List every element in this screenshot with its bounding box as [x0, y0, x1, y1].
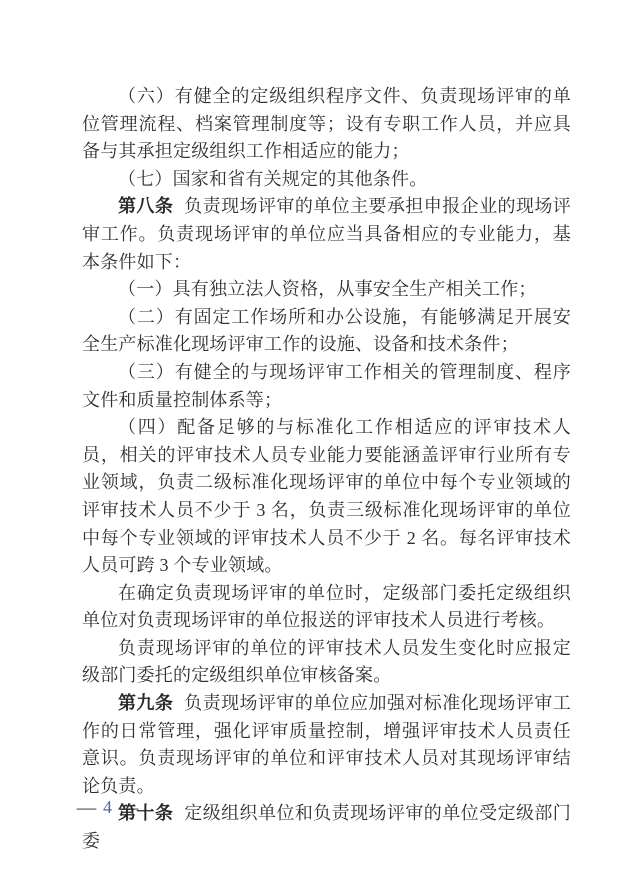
paragraph: 第八条负责现场评审的单位主要承担申报企业的现场评审工作。负责现场评审的单位应当具… — [82, 193, 571, 276]
page-number-right-dash: — — [119, 798, 139, 818]
article-number: 第九条 — [118, 693, 173, 713]
page-number-value: 4 — [102, 797, 113, 818]
paragraph: 第九条负责现场评审的单位应加强对标准化现场评审工作的日常管理，强化评审质量控制，… — [82, 690, 571, 800]
paragraph: （三）有健全的与现场评审工作相关的管理制度、程序文件和质量控制体系等； — [82, 359, 571, 414]
paragraph-text: （二）有固定工作场所和办公设施，有能够满足开展安全生产标准化现场评审工作的设施、… — [82, 307, 571, 355]
paragraph-text: 在确定负责现场评审的单位时，定级部门委托定级组织单位对负责现场评审的单位报送的评… — [82, 583, 571, 631]
document-body: （六）有健全的定级组织程序文件、负责现场评审的单位管理流程、档案管理制度等；设有… — [82, 83, 571, 856]
document-page: （六）有健全的定级组织程序文件、负责现场评审的单位管理流程、档案管理制度等；设有… — [0, 0, 638, 872]
paragraph: 在确定负责现场评审的单位时，定级部门委托定级组织单位对负责现场评审的单位报送的评… — [82, 580, 571, 635]
paragraph-text: （一）具有独立法人资格，从事安全生产相关工作； — [118, 279, 537, 299]
paragraph-text: （六）有健全的定级组织程序文件、负责现场评审的单位管理流程、档案管理制度等；设有… — [82, 86, 571, 161]
paragraph-text: （三）有健全的与现场评审工作相关的管理制度、程序文件和质量控制体系等； — [82, 362, 571, 410]
paragraph: 第十条定级组织单位和负责现场评审的单位受定级部门委 — [82, 800, 571, 855]
article-number: 第八条 — [118, 196, 173, 216]
paragraph-text: （七）国家和省有关规定的其他条件。 — [118, 169, 427, 189]
paragraph: （六）有健全的定级组织程序文件、负责现场评审的单位管理流程、档案管理制度等；设有… — [82, 83, 571, 166]
paragraph-text: （四）配备足够的与标准化工作相适应的评审技术人员，相关的评审技术人员专业能力要能… — [82, 417, 571, 575]
paragraph: （一）具有独立法人资格，从事安全生产相关工作； — [82, 276, 571, 304]
page-number-left-dash: — — [77, 798, 97, 818]
paragraph: （二）有固定工作场所和办公设施，有能够满足开展安全生产标准化现场评审工作的设施、… — [82, 304, 571, 359]
paragraph: 负责现场评审的单位的评审技术人员发生变化时应报定级部门委托的定级组织单位审核备案… — [82, 635, 571, 690]
paragraph: （七）国家和省有关规定的其他条件。 — [82, 166, 571, 194]
paragraph: （四）配备足够的与标准化工作相适应的评审技术人员，相关的评审技术人员专业能力要能… — [82, 414, 571, 580]
page-number: — 4 — — [78, 797, 137, 818]
paragraph-text: 负责现场评审的单位的评审技术人员发生变化时应报定级部门委托的定级组织单位审核备案… — [82, 638, 571, 686]
